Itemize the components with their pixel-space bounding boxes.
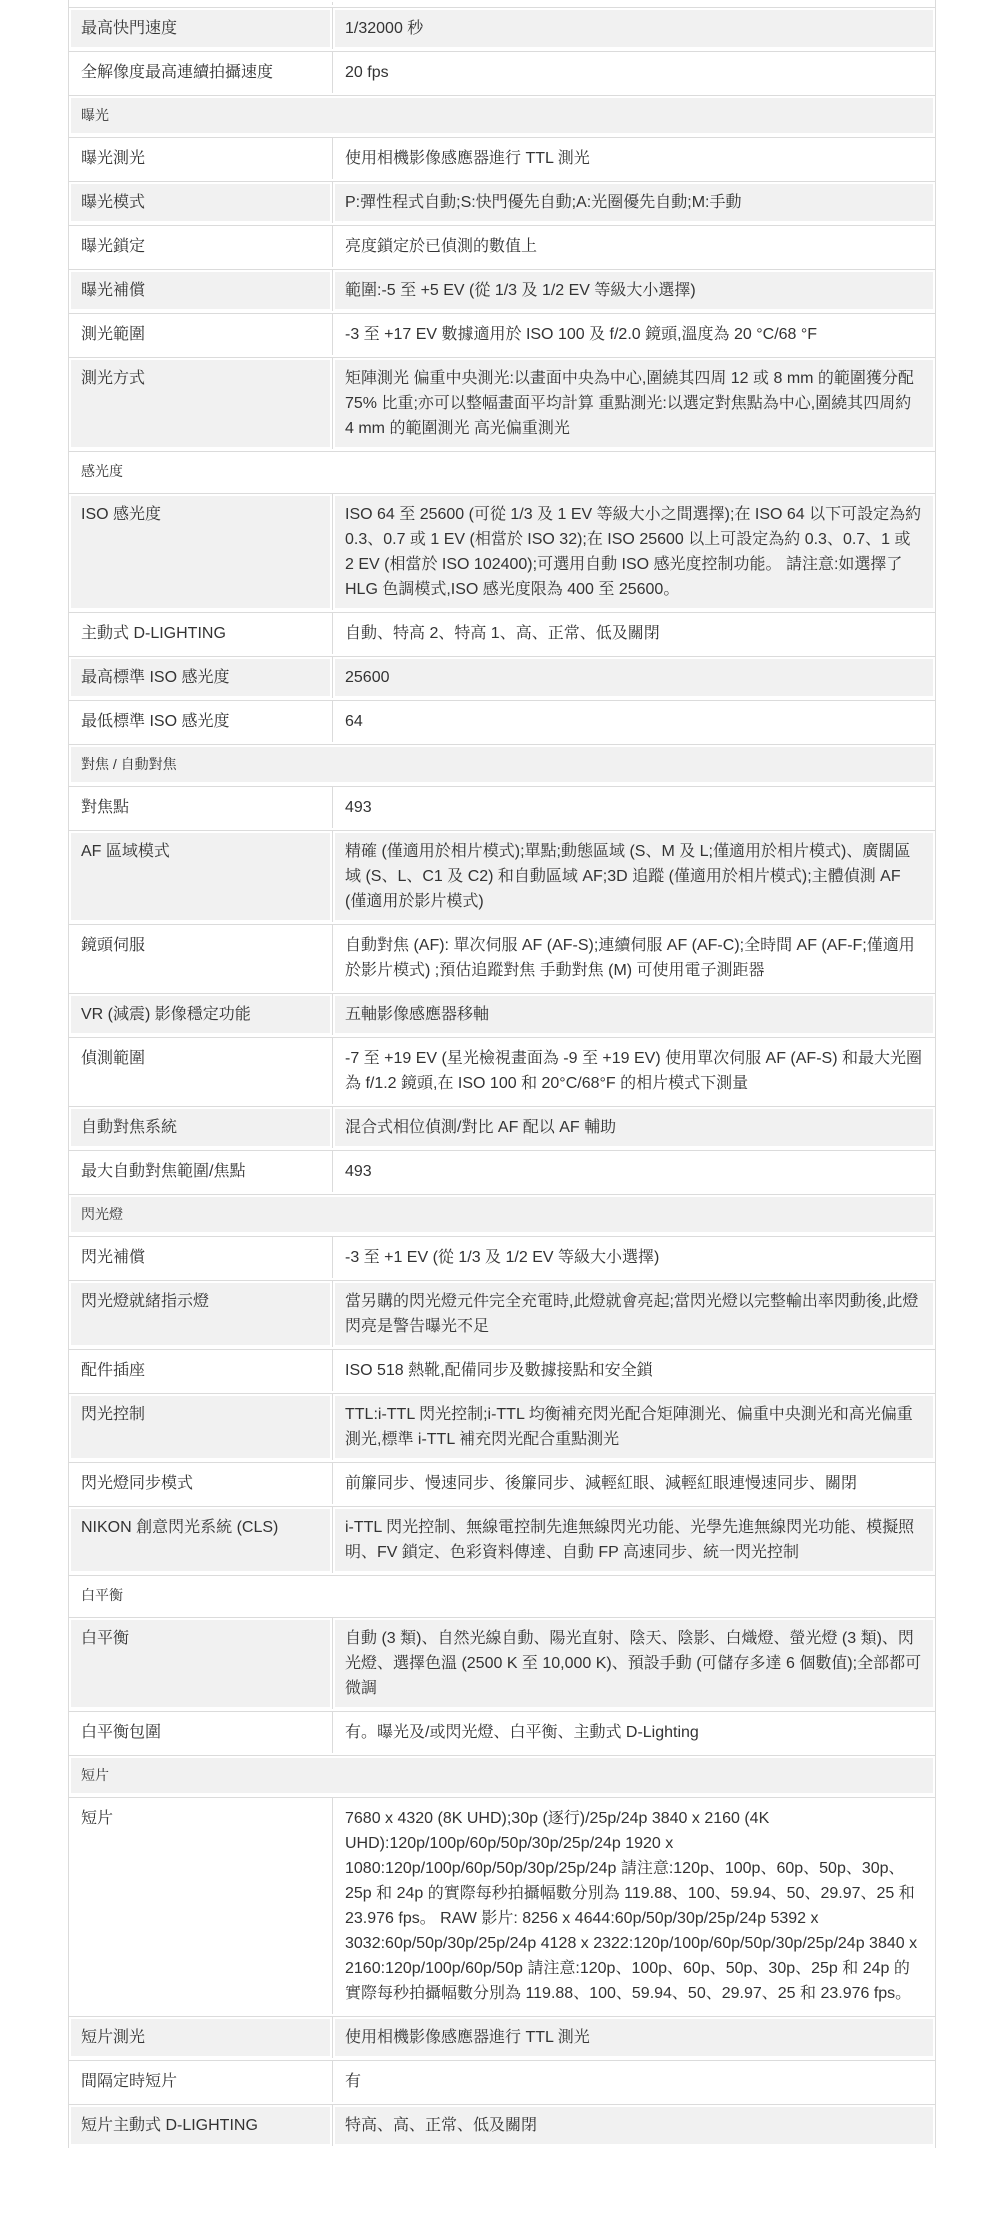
section-header-row: 感光度 bbox=[69, 451, 935, 491]
section-title: 對焦 / 自動對焦 bbox=[69, 744, 935, 784]
spec-value-cell: 有。曝光及/或閃光燈、白平衡、主動式 D-Lighting bbox=[333, 1711, 935, 1753]
section-header-row: 閃光燈 bbox=[69, 1194, 935, 1234]
spec-value-cell: 有 bbox=[333, 2060, 935, 2102]
spec-label-cell: 短片測光 bbox=[69, 2016, 333, 2058]
spec-row: 閃光補償-3 至 +1 EV (從 1/3 及 1/2 EV 等級大小選擇) bbox=[69, 1236, 935, 1278]
spec-table: 最高快門速度1/32000 秒全解像度最高連續拍攝速度20 fps曝光曝光測光使… bbox=[69, 0, 935, 2148]
spec-label-cell: 閃光燈同步模式 bbox=[69, 1462, 333, 1504]
spec-row: 閃光控制TTL:i-TTL 閃光控制;i-TTL 均衡補充閃光配合矩陣測光、偏重… bbox=[69, 1393, 935, 1460]
spec-value-cell: 自動 (3 類)、自然光線自動、陽光直射、陰天、陰影、白熾燈、螢光燈 (3 類)… bbox=[333, 1617, 935, 1709]
spec-label-cell: 閃光燈就緒指示燈 bbox=[69, 1280, 333, 1347]
spec-row: 曝光補償範圍:-5 至 +5 EV (從 1/3 及 1/2 EV 等級大小選擇… bbox=[69, 269, 935, 311]
spec-table-body: 最高快門速度1/32000 秒全解像度最高連續拍攝速度20 fps曝光曝光測光使… bbox=[69, 2, 935, 2146]
spec-value-cell: 自動對焦 (AF): 單次伺服 AF (AF-S);連續伺服 AF (AF-C)… bbox=[333, 924, 935, 991]
spec-label-cell: 主動式 D-LIGHTING bbox=[69, 612, 333, 654]
spec-row: ISO 感光度ISO 64 至 25600 (可從 1/3 及 1 EV 等級大… bbox=[69, 493, 935, 610]
spec-row: NIKON 創意閃光系統 (CLS)i-TTL 閃光控制、無線電控制先進無線閃光… bbox=[69, 1506, 935, 1573]
spec-value-cell: -3 至 +1 EV (從 1/3 及 1/2 EV 等級大小選擇) bbox=[333, 1236, 935, 1278]
spec-row: 短片7680 x 4320 (8K UHD);30p (逐行)/25p/24p … bbox=[69, 1797, 935, 2014]
spec-row: 最高快門速度1/32000 秒 bbox=[69, 7, 935, 49]
spec-label-cell: 最高快門速度 bbox=[69, 7, 333, 49]
spec-value-cell: 7680 x 4320 (8K UHD);30p (逐行)/25p/24p 38… bbox=[333, 1797, 935, 2014]
spec-label-cell: 白平衡包圍 bbox=[69, 1711, 333, 1753]
spec-label-cell: 配件插座 bbox=[69, 1349, 333, 1391]
spec-label-cell: 曝光測光 bbox=[69, 137, 333, 179]
spec-label-cell: 閃光控制 bbox=[69, 1393, 333, 1460]
spec-value-cell: ISO 518 熱靴,配備同步及數據接點和安全鎖 bbox=[333, 1349, 935, 1391]
section-title: 曝光 bbox=[69, 95, 935, 135]
spec-value-cell: 五軸影像感應器移軸 bbox=[333, 993, 935, 1035]
spec-row: 對焦點493 bbox=[69, 786, 935, 828]
section-title: 白平衡 bbox=[69, 1575, 935, 1615]
spec-label-cell: 間隔定時短片 bbox=[69, 2060, 333, 2102]
spec-row: 曝光鎖定亮度鎖定於已偵測的數值上 bbox=[69, 225, 935, 267]
spec-row: 曝光測光使用相機影像感應器進行 TTL 測光 bbox=[69, 137, 935, 179]
spec-value-cell: 特高、高、正常、低及關閉 bbox=[333, 2104, 935, 2146]
spec-row: 測光範圍-3 至 +17 EV 數據適用於 ISO 100 及 f/2.0 鏡頭… bbox=[69, 313, 935, 355]
section-title: 閃光燈 bbox=[69, 1194, 935, 1234]
spec-label-cell: VR (減震) 影像穩定功能 bbox=[69, 993, 333, 1035]
spec-label-cell: 對焦點 bbox=[69, 786, 333, 828]
spec-label-cell: 最高標準 ISO 感光度 bbox=[69, 656, 333, 698]
spec-label-cell: 曝光鎖定 bbox=[69, 225, 333, 267]
clipped-previous-row bbox=[69, 2, 935, 5]
spec-value-cell: 1/32000 秒 bbox=[333, 7, 935, 49]
spec-row: 鏡頭伺服自動對焦 (AF): 單次伺服 AF (AF-S);連續伺服 AF (A… bbox=[69, 924, 935, 991]
spec-label-cell: 閃光補償 bbox=[69, 1236, 333, 1278]
spec-value-cell: 64 bbox=[333, 700, 935, 742]
spec-value-cell: 25600 bbox=[333, 656, 935, 698]
spec-value-cell: 493 bbox=[333, 1150, 935, 1192]
spec-label-cell: 曝光模式 bbox=[69, 181, 333, 223]
spec-label-cell: NIKON 創意閃光系統 (CLS) bbox=[69, 1506, 333, 1573]
spec-row: 曝光模式P:彈性程式自動;S:快門優先自動;A:光圈優先自動;M:手動 bbox=[69, 181, 935, 223]
spec-value-cell: 493 bbox=[333, 786, 935, 828]
spec-value-cell: 精確 (僅適用於相片模式);單點;動態區域 (S、M 及 L;僅適用於相片模式)… bbox=[333, 830, 935, 922]
spec-value-cell: ISO 64 至 25600 (可從 1/3 及 1 EV 等級大小之間選擇);… bbox=[333, 493, 935, 610]
spec-value-cell: 使用相機影像感應器進行 TTL 測光 bbox=[333, 137, 935, 179]
spec-value-cell: TTL:i-TTL 閃光控制;i-TTL 均衡補充閃光配合矩陣測光、偏重中央測光… bbox=[333, 1393, 935, 1460]
spec-row: 測光方式矩陣測光 偏重中央測光:以畫面中央為中心,圍繞其四周 12 或 8 mm… bbox=[69, 357, 935, 449]
clipped-label-cell bbox=[69, 2, 333, 5]
spec-row: 最低標準 ISO 感光度64 bbox=[69, 700, 935, 742]
spec-label-cell: 最低標準 ISO 感光度 bbox=[69, 700, 333, 742]
section-header-row: 短片 bbox=[69, 1755, 935, 1795]
spec-row: VR (減震) 影像穩定功能五軸影像感應器移軸 bbox=[69, 993, 935, 1035]
spec-label-cell: 偵測範圍 bbox=[69, 1037, 333, 1104]
spec-label-cell: 短片主動式 D-LIGHTING bbox=[69, 2104, 333, 2146]
section-header-row: 白平衡 bbox=[69, 1575, 935, 1615]
spec-label-cell: ISO 感光度 bbox=[69, 493, 333, 610]
spec-value-cell: 亮度鎖定於已偵測的數值上 bbox=[333, 225, 935, 267]
spec-value-cell: -7 至 +19 EV (星光檢視畫面為 -9 至 +19 EV) 使用單次伺服… bbox=[333, 1037, 935, 1104]
spec-row: 最高標準 ISO 感光度25600 bbox=[69, 656, 935, 698]
spec-value-cell: 範圍:-5 至 +5 EV (從 1/3 及 1/2 EV 等級大小選擇) bbox=[333, 269, 935, 311]
section-title: 短片 bbox=[69, 1755, 935, 1795]
spec-value-cell: 20 fps bbox=[333, 51, 935, 93]
section-header-row: 曝光 bbox=[69, 95, 935, 135]
spec-label-cell: 測光範圍 bbox=[69, 313, 333, 355]
section-title: 感光度 bbox=[69, 451, 935, 491]
spec-value-cell: 自動、特高 2、特高 1、高、正常、低及關閉 bbox=[333, 612, 935, 654]
spec-value-cell: P:彈性程式自動;S:快門優先自動;A:光圈優先自動;M:手動 bbox=[333, 181, 935, 223]
spec-row: 短片測光使用相機影像感應器進行 TTL 測光 bbox=[69, 2016, 935, 2058]
section-header-row: 對焦 / 自動對焦 bbox=[69, 744, 935, 784]
spec-row: AF 區域模式精確 (僅適用於相片模式);單點;動態區域 (S、M 及 L;僅適… bbox=[69, 830, 935, 922]
spec-label-cell: 最大自動對焦範圍/焦點 bbox=[69, 1150, 333, 1192]
spec-label-cell: 全解像度最高連續拍攝速度 bbox=[69, 51, 333, 93]
spec-value-cell: 前簾同步、慢速同步、後簾同步、減輕紅眼、減輕紅眼連慢速同步、關閉 bbox=[333, 1462, 935, 1504]
spec-label-cell: 自動對焦系統 bbox=[69, 1106, 333, 1148]
spec-row: 短片主動式 D-LIGHTING特高、高、正常、低及關閉 bbox=[69, 2104, 935, 2146]
spec-value-cell: 使用相機影像感應器進行 TTL 測光 bbox=[333, 2016, 935, 2058]
spec-row: 全解像度最高連續拍攝速度20 fps bbox=[69, 51, 935, 93]
spec-row: 最大自動對焦範圍/焦點493 bbox=[69, 1150, 935, 1192]
spec-row: 閃光燈同步模式前簾同步、慢速同步、後簾同步、減輕紅眼、減輕紅眼連慢速同步、關閉 bbox=[69, 1462, 935, 1504]
spec-label-cell: 曝光補償 bbox=[69, 269, 333, 311]
spec-value-cell: 矩陣測光 偏重中央測光:以畫面中央為中心,圍繞其四周 12 或 8 mm 的範圍… bbox=[333, 357, 935, 449]
spec-row: 閃光燈就緒指示燈當另購的閃光燈元件完全充電時,此燈就會亮起;當閃光燈以完整輸出率… bbox=[69, 1280, 935, 1347]
spec-row: 間隔定時短片有 bbox=[69, 2060, 935, 2102]
spec-label-cell: AF 區域模式 bbox=[69, 830, 333, 922]
spec-label-cell: 測光方式 bbox=[69, 357, 333, 449]
spec-row: 自動對焦系統混合式相位偵測/對比 AF 配以 AF 輔助 bbox=[69, 1106, 935, 1148]
spec-value-cell: 當另購的閃光燈元件完全充電時,此燈就會亮起;當閃光燈以完整輸出率閃動後,此燈閃亮… bbox=[333, 1280, 935, 1347]
spec-label-cell: 白平衡 bbox=[69, 1617, 333, 1709]
spec-row: 偵測範圍-7 至 +19 EV (星光檢視畫面為 -9 至 +19 EV) 使用… bbox=[69, 1037, 935, 1104]
spec-row: 白平衡自動 (3 類)、自然光線自動、陽光直射、陰天、陰影、白熾燈、螢光燈 (3… bbox=[69, 1617, 935, 1709]
spec-row: 白平衡包圍有。曝光及/或閃光燈、白平衡、主動式 D-Lighting bbox=[69, 1711, 935, 1753]
spec-label-cell: 短片 bbox=[69, 1797, 333, 2014]
spec-value-cell: -3 至 +17 EV 數據適用於 ISO 100 及 f/2.0 鏡頭,溫度為… bbox=[333, 313, 935, 355]
spec-row: 主動式 D-LIGHTING自動、特高 2、特高 1、高、正常、低及關閉 bbox=[69, 612, 935, 654]
spec-label-cell: 鏡頭伺服 bbox=[69, 924, 333, 991]
spec-value-cell: 混合式相位偵測/對比 AF 配以 AF 輔助 bbox=[333, 1106, 935, 1148]
spec-table-container: 最高快門速度1/32000 秒全解像度最高連續拍攝速度20 fps曝光曝光測光使… bbox=[68, 0, 936, 2148]
clipped-value-cell bbox=[333, 2, 935, 5]
spec-row: 配件插座ISO 518 熱靴,配備同步及數據接點和安全鎖 bbox=[69, 1349, 935, 1391]
spec-value-cell: i-TTL 閃光控制、無線電控制先進無線閃光功能、光學先進無線閃光功能、模擬照明… bbox=[333, 1506, 935, 1573]
